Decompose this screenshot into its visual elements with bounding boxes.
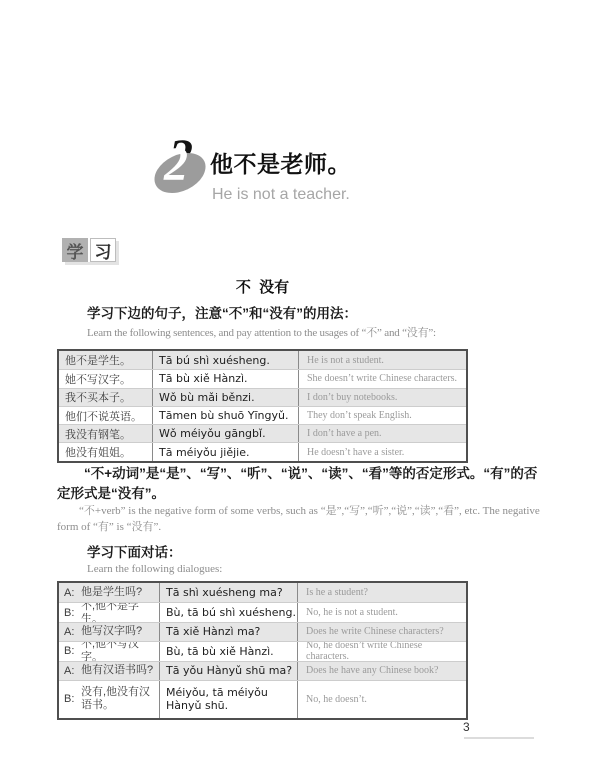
sentence-chinese: 他没有姐姐。: [59, 443, 153, 460]
speaker-label: B:: [64, 607, 81, 619]
dialogue-intro-english: Learn the following dialogues:: [87, 563, 222, 575]
badge-char-2: 习: [90, 238, 116, 262]
sentence-english: I don’t have a pen.: [299, 425, 466, 442]
grammar-note-english: “不+verb” is the negative form of some ve…: [57, 504, 546, 535]
dialogue-chinese-text: 他写汉字吗?: [81, 625, 159, 638]
dialogue-english: No, he is not a student.: [298, 603, 466, 621]
table-row: B: 没有,他没有汉语书。 Méiyǒu, tā méiyǒu Hànyǔ sh…: [59, 680, 466, 718]
intro-chinese: 学习下边的句子，注意“不”和“没有”的用法：: [87, 302, 357, 322]
dialogue-english: Is he a student?: [298, 583, 466, 602]
dialogue-chinese-text: 没有,他没有汉语书。: [81, 686, 159, 712]
lesson-title-chinese: 他不是老师。: [210, 146, 351, 179]
speaker-label: A:: [64, 587, 81, 599]
sentence-chinese: 他不是学生。: [59, 351, 153, 369]
dialogue-pinyin: Tā xiě Hànzì ma?: [160, 623, 298, 641]
speaker-label: B:: [64, 645, 81, 657]
table-row: 他不是学生。 Tā bú shì xuésheng. He is not a s…: [59, 351, 466, 369]
sentence-english: He is not a student.: [299, 351, 466, 369]
topic-title: 不 没有: [57, 276, 468, 297]
dialogue-chinese-text: 不,他不是学生。: [81, 603, 159, 621]
sentences-table: 他不是学生。 Tā bú shì xuésheng. He is not a s…: [57, 349, 468, 463]
table-row: A: 他是学生吗? Tā shì xuésheng ma? Is he a st…: [59, 583, 466, 602]
dialogue-chinese-text: 不,他不写汉字。: [81, 642, 159, 660]
speaker-label: A:: [64, 626, 81, 638]
page-number: 3: [463, 720, 470, 734]
lesson-title-english: He is not a teacher.: [212, 186, 350, 204]
sentence-english: They don’t speak English.: [299, 407, 466, 424]
dialogue-pinyin: Tā shì xuésheng ma?: [160, 583, 298, 602]
dialogue-intro-chinese: 学习下面对话：: [87, 541, 182, 561]
sentence-pinyin: Tāmen bù shuō Yīngyǔ.: [153, 407, 299, 424]
sentence-pinyin: Tā bú shì xuésheng.: [153, 351, 299, 369]
dialogue-pinyin: Bù, tā bú shì xuésheng.: [160, 603, 298, 621]
dialogue-chinese: A: 他有汉语书吗?: [59, 662, 160, 680]
table-row: 他没有姐姐。 Tā méiyǒu jiějie. He doesn’t have…: [59, 442, 466, 460]
sentence-pinyin: Wǒ méiyǒu gāngbǐ.: [153, 425, 299, 442]
dialogue-chinese: A: 他写汉字吗?: [59, 623, 160, 641]
dialogue-english: No, he doesn’t write Chinese characters.: [298, 642, 466, 660]
dialogue-pinyin: Bù, tā bù xiě Hànzì.: [160, 642, 298, 660]
table-row: B: 不,他不写汉字。 Bù, tā bù xiě Hànzì. No, he …: [59, 641, 466, 660]
sentence-english: I don’t buy notebooks.: [299, 389, 466, 406]
intro-english: Learn the following sentences, and pay a…: [87, 324, 436, 340]
sentence-chinese: 她不写汉字。: [59, 370, 153, 387]
table-row: A: 他写汉字吗? Tā xiě Hànzì ma? Does he write…: [59, 622, 466, 641]
study-section-badge: 学 习: [62, 238, 116, 262]
dialogue-chinese: B: 没有,他没有汉语书。: [59, 681, 160, 718]
textbook-page: 2 2 他不是老师。 He is not a teacher. 学 习 不 没有…: [0, 0, 600, 776]
dialogue-english: No, he doesn’t.: [298, 681, 466, 718]
table-row: 我不买本子。 Wǒ bù mǎi běnzi. I don’t buy note…: [59, 388, 466, 406]
dialogue-english: Does he have any Chinese book?: [298, 662, 466, 680]
dialogue-chinese: B: 不,他不写汉字。: [59, 642, 160, 660]
sentence-chinese: 我不买本子。: [59, 389, 153, 406]
table-row: A: 他有汉语书吗? Tā yǒu Hànyǔ shū ma? Does he …: [59, 661, 466, 680]
speaker-label: B:: [64, 693, 81, 705]
dialogues-table: A: 他是学生吗? Tā shì xuésheng ma? Is he a st…: [57, 581, 468, 720]
dialogue-chinese-text: 他有汉语书吗?: [81, 664, 159, 677]
sentence-english: She doesn’t write Chinese characters.: [299, 370, 466, 387]
badge-char-1: 学: [62, 238, 88, 262]
dialogue-pinyin: Tā yǒu Hànyǔ shū ma?: [160, 662, 298, 680]
dialogue-chinese-text: 他是学生吗?: [81, 586, 159, 599]
lesson-number-ornament: 2 2: [153, 141, 211, 201]
dialogue-english: Does he write Chinese characters?: [298, 623, 466, 641]
table-row: 我没有钢笔。 Wǒ méiyǒu gāngbǐ. I don’t have a …: [59, 424, 466, 442]
sentence-chinese: 他们不说英语。: [59, 407, 153, 424]
dialogue-pinyin: Méiyǒu, tā méiyǒu Hànyǔ shū.: [160, 681, 298, 718]
table-row: 他们不说英语。 Tāmen bù shuō Yīngyǔ. They don’t…: [59, 406, 466, 424]
sentence-pinyin: Tā méiyǒu jiějie.: [153, 443, 299, 460]
sentence-pinyin: Tā bù xiě Hànzì.: [153, 370, 299, 387]
dialogue-chinese: B: 不,他不是学生。: [59, 603, 160, 621]
table-row: B: 不,他不是学生。 Bù, tā bú shì xuésheng. No, …: [59, 602, 466, 621]
grammar-note-chinese: “不+动词”是“是”、“写”、“听”、“说”、“读”、“看”等的否定形式。“有”…: [57, 464, 546, 503]
page-number-rule: [464, 737, 534, 739]
speaker-label: A:: [64, 665, 81, 677]
sentence-chinese: 我没有钢笔。: [59, 425, 153, 442]
dialogue-chinese: A: 他是学生吗?: [59, 583, 160, 602]
table-row: 她不写汉字。 Tā bù xiě Hànzì. She doesn’t writ…: [59, 369, 466, 387]
sentence-english: He doesn’t have a sister.: [299, 443, 466, 460]
lesson-number: 2: [164, 141, 188, 189]
sentence-pinyin: Wǒ bù mǎi běnzi.: [153, 389, 299, 406]
